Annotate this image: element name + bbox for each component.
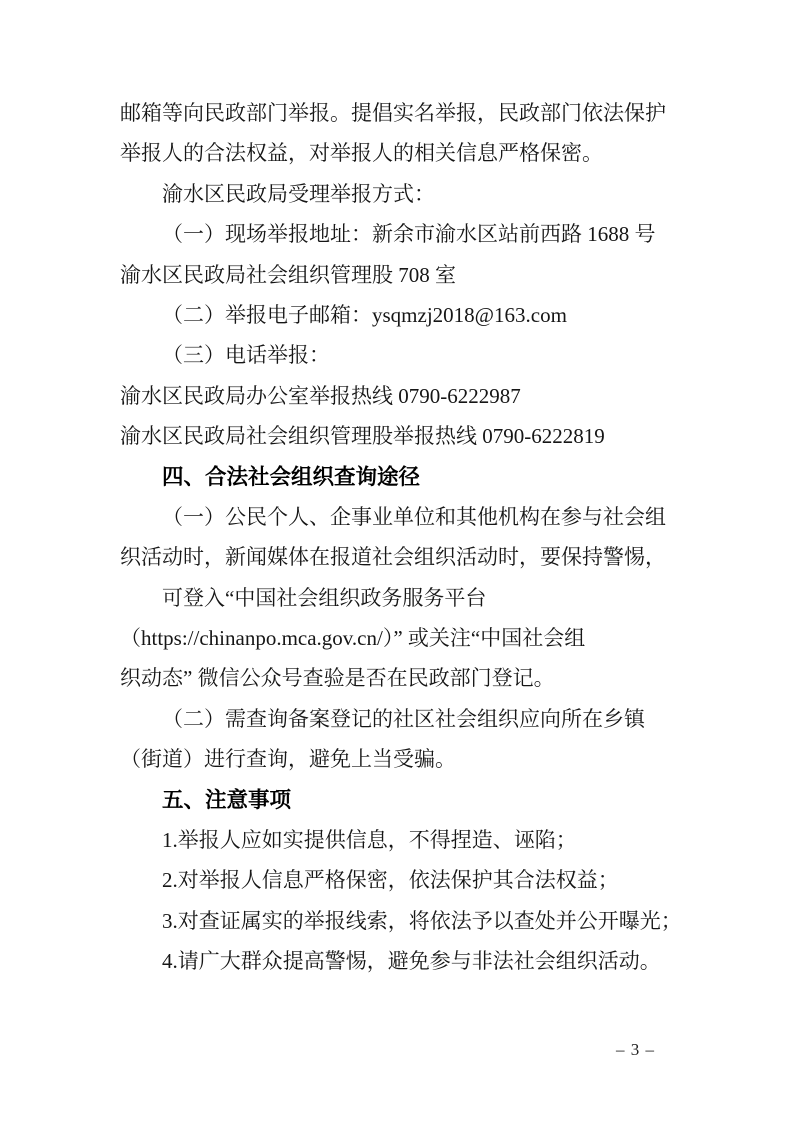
text-line: 渝水区民政局社会组织管理股举报热线 0790-6222819 — [120, 416, 682, 456]
page-number: – 3 – — [616, 1039, 686, 1061]
text-line: 渝水区民政局社会组织管理股 708 室 — [120, 255, 682, 295]
text-line: 2.对举报人信息严格保密，依法保护其合法权益； — [120, 860, 682, 900]
section-heading: 四、合法社会组织查询途径 — [120, 457, 682, 497]
text-line: （二）举报电子邮箱：ysqmzj2018@163.com — [120, 295, 682, 335]
text-line: 可登入“中国社会组织政务服务平台 — [120, 578, 682, 618]
text-line: 举报人的合法权益，对举报人的相关信息严格保密。 — [120, 133, 682, 173]
text-line: 4.请广大群众提高警惕，避免参与非法社会组织活动。 — [120, 941, 682, 981]
text-line: （一）公民个人、企事业单位和其他机构在参与社会组 — [120, 497, 682, 537]
text-line: （街道）进行查询，避免上当受骗。 — [120, 739, 682, 779]
text-line: （https://chinanpo.mca.gov.cn/）” 或关注“中国社会… — [120, 618, 682, 658]
text-line: 1.举报人应如实提供信息，不得捏造、诬陷； — [120, 820, 682, 860]
text-line: 邮箱等向民政部门举报。提倡实名举报，民政部门依法保护 — [120, 93, 682, 133]
text-line: 3.对查证属实的举报线索，将依法予以查处并公开曝光； — [120, 901, 682, 941]
text-line: （三）电话举报： — [120, 335, 682, 375]
document-page: 邮箱等向民政部门举报。提倡实名举报，民政部门依法保护 举报人的合法权益，对举报人… — [0, 0, 793, 1122]
text-line: 织动态” 微信公众号查验是否在民政部门登记。 — [120, 658, 682, 698]
text-line: 织活动时，新闻媒体在报道社会组织活动时，要保持警惕， — [120, 537, 682, 577]
text-line: （二）需查询备案登记的社区社会组织应向所在乡镇 — [120, 699, 682, 739]
text-line: （一）现场举报地址：新余市渝水区站前西路 1688 号 — [120, 214, 682, 254]
text-line: 渝水区民政局办公室举报热线 0790-6222987 — [120, 376, 682, 416]
text-line: 渝水区民政局受理举报方式： — [120, 174, 682, 214]
section-heading: 五、注意事项 — [120, 780, 682, 820]
document-body: 邮箱等向民政部门举报。提倡实名举报，民政部门依法保护 举报人的合法权益，对举报人… — [120, 93, 682, 982]
